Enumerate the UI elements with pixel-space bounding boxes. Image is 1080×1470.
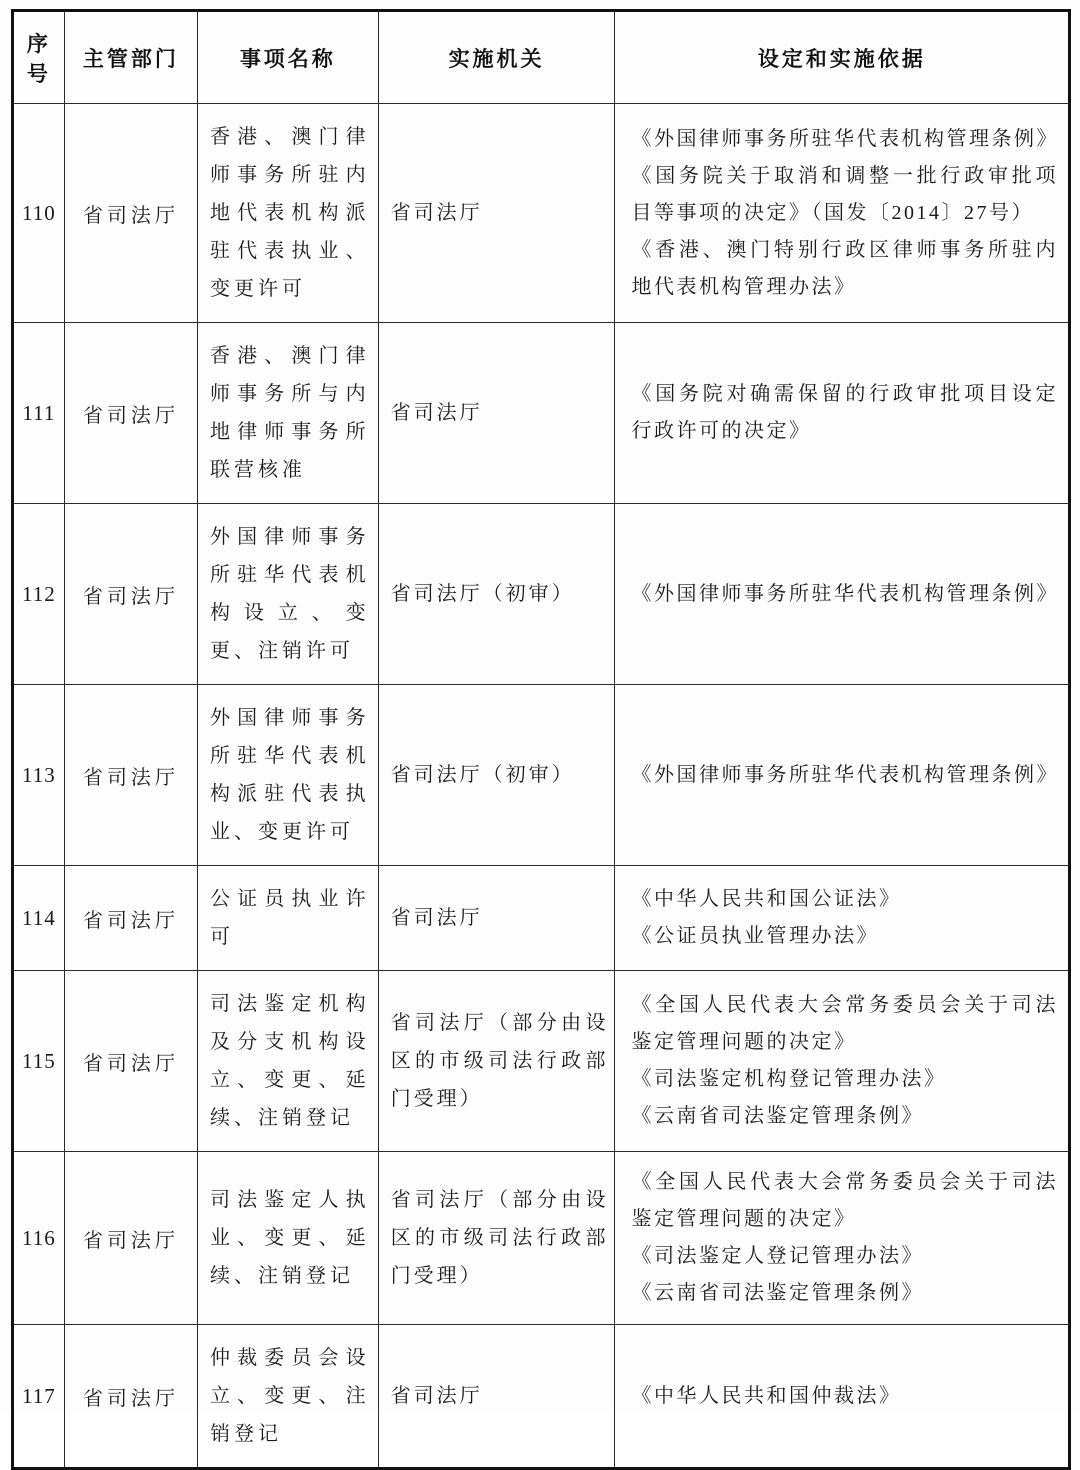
table-row: 113 省司法厅 外国律师事务所驻华代表机构派驻代表执业、变更许可 省司法厅（初… — [13, 685, 1070, 866]
basis-entry: 《中华人民共和国仲裁法》 — [631, 1378, 1058, 1415]
basis-entry: 《国务院关于取消和调整一批行政审批项目等事项的决定》（国发〔2014〕27号） — [631, 158, 1058, 232]
basis-entry: 《外国律师事务所驻华代表机构管理条例》 — [631, 757, 1058, 794]
legal-basis-cell: 《中华人民共和国公证法》《公证员执业管理办法》 — [615, 866, 1070, 971]
header-serial-number: 序号 — [13, 11, 65, 104]
basis-entry: 《外国律师事务所驻华代表机构管理条例》 — [631, 576, 1058, 613]
table-header: 序号 主管部门 事项名称 实施机关 设定和实施依据 — [13, 11, 1070, 104]
serial-number-cell: 113 — [13, 685, 65, 866]
item-name-cell: 外国律师事务所驻华代表机构派驻代表执业、变更许可 — [197, 685, 378, 866]
legal-basis-cell: 《国务院对确需保留的行政审批项目设定行政许可的决定》 — [615, 323, 1070, 504]
competent-department-cell: 省司法厅 — [64, 323, 197, 504]
header-implementing-agency: 实施机关 — [378, 11, 615, 104]
serial-number-cell: 112 — [13, 504, 65, 685]
basis-entry: 《云南省司法鉴定管理条例》 — [631, 1275, 1058, 1312]
basis-entry: 《全国人民代表大会常务委员会关于司法鉴定管理问题的决定》 — [631, 987, 1058, 1061]
item-name-cell: 司法鉴定机构及分支机构设立、变更、延续、注销登记 — [197, 971, 378, 1152]
competent-department-cell: 省司法厅 — [64, 1152, 197, 1325]
serial-number-cell: 111 — [13, 323, 65, 504]
basis-entry: 《云南省司法鉴定管理条例》 — [631, 1098, 1058, 1135]
table-row: 115 省司法厅 司法鉴定机构及分支机构设立、变更、延续、注销登记 省司法厅（部… — [13, 971, 1070, 1152]
item-name-cell: 仲裁委员会设立、变更、注销登记 — [197, 1325, 378, 1469]
implementing-agency-cell: 省司法厅（部分由设区的市级司法行政部门受理） — [378, 971, 615, 1152]
table-row: 114 省司法厅 公证员执业许可 省司法厅 《中华人民共和国公证法》《公证员执业… — [13, 866, 1070, 971]
implementing-agency-cell: 省司法厅 — [378, 1325, 615, 1469]
header-competent-department: 主管部门 — [64, 11, 197, 104]
table-row: 110 省司法厅 香港、澳门律师事务所驻内地代表机构派驻代表执业、变更许可 省司… — [13, 104, 1070, 323]
basis-entry: 《香港、澳门特别行政区律师事务所驻内地代表机构管理办法》 — [631, 232, 1058, 306]
legal-basis-cell: 《全国人民代表大会常务委员会关于司法鉴定管理问题的决定》《司法鉴定机构登记管理办… — [615, 971, 1070, 1152]
implementing-agency-cell: 省司法厅 — [378, 104, 615, 323]
implementing-agency-cell: 省司法厅 — [378, 323, 615, 504]
approval-items-table: 序号 主管部门 事项名称 实施机关 设定和实施依据 110 省司法厅 香港、澳门… — [11, 9, 1071, 1470]
competent-department-cell: 省司法厅 — [64, 104, 197, 323]
basis-entry: 《全国人民代表大会常务委员会关于司法鉴定管理问题的决定》 — [631, 1164, 1058, 1238]
item-name-cell: 香港、澳门律师事务所与内地律师事务所联营核准 — [197, 323, 378, 504]
legal-basis-cell: 《外国律师事务所驻华代表机构管理条例》《国务院关于取消和调整一批行政审批项目等事… — [615, 104, 1070, 323]
table-row: 116 省司法厅 司法鉴定人执业、变更、延续、注销登记 省司法厅（部分由设区的市… — [13, 1152, 1070, 1325]
implementing-agency-cell: 省司法厅（部分由设区的市级司法行政部门受理） — [378, 1152, 615, 1325]
item-name-cell: 香港、澳门律师事务所驻内地代表机构派驻代表执业、变更许可 — [197, 104, 378, 323]
competent-department-cell: 省司法厅 — [64, 1325, 197, 1469]
serial-number-cell: 116 — [13, 1152, 65, 1325]
competent-department-cell: 省司法厅 — [64, 866, 197, 971]
table-row: 112 省司法厅 外国律师事务所驻华代表机构设立、变更、注销许可 省司法厅（初审… — [13, 504, 1070, 685]
basis-entry: 《司法鉴定机构登记管理办法》 — [631, 1061, 1058, 1098]
competent-department-cell: 省司法厅 — [64, 504, 197, 685]
item-name-cell: 外国律师事务所驻华代表机构设立、变更、注销许可 — [197, 504, 378, 685]
legal-basis-cell: 《全国人民代表大会常务委员会关于司法鉴定管理问题的决定》《司法鉴定人登记管理办法… — [615, 1152, 1070, 1325]
serial-number-cell: 117 — [13, 1325, 65, 1469]
basis-entry: 《司法鉴定人登记管理办法》 — [631, 1238, 1058, 1275]
serial-number-cell: 110 — [13, 104, 65, 323]
basis-entry: 《国务院对确需保留的行政审批项目设定行政许可的决定》 — [631, 376, 1058, 450]
header-item-name: 事项名称 — [197, 11, 378, 104]
legal-basis-cell: 《中华人民共和国仲裁法》 — [615, 1325, 1070, 1469]
competent-department-cell: 省司法厅 — [64, 971, 197, 1152]
item-name-cell: 公证员执业许可 — [197, 866, 378, 971]
implementing-agency-cell: 省司法厅（初审） — [378, 504, 615, 685]
basis-entry: 《中华人民共和国公证法》 — [631, 881, 1058, 918]
serial-number-cell: 115 — [13, 971, 65, 1152]
implementing-agency-cell: 省司法厅（初审） — [378, 685, 615, 866]
item-name-cell: 司法鉴定人执业、变更、延续、注销登记 — [197, 1152, 378, 1325]
header-legal-basis: 设定和实施依据 — [615, 11, 1070, 104]
basis-entry: 《公证员执业管理办法》 — [631, 918, 1058, 955]
header-row: 序号 主管部门 事项名称 实施机关 设定和实施依据 — [13, 11, 1070, 104]
table-body: 110 省司法厅 香港、澳门律师事务所驻内地代表机构派驻代表执业、变更许可 省司… — [13, 104, 1070, 1469]
implementing-agency-cell: 省司法厅 — [378, 866, 615, 971]
competent-department-cell: 省司法厅 — [64, 685, 197, 866]
table-row: 117 省司法厅 仲裁委员会设立、变更、注销登记 省司法厅 《中华人民共和国仲裁… — [13, 1325, 1070, 1469]
document-page: 序号 主管部门 事项名称 实施机关 设定和实施依据 110 省司法厅 香港、澳门… — [0, 0, 1080, 1411]
legal-basis-cell: 《外国律师事务所驻华代表机构管理条例》 — [615, 685, 1070, 866]
serial-number-cell: 114 — [13, 866, 65, 971]
table-row: 111 省司法厅 香港、澳门律师事务所与内地律师事务所联营核准 省司法厅 《国务… — [13, 323, 1070, 504]
basis-entry: 《外国律师事务所驻华代表机构管理条例》 — [631, 121, 1058, 158]
legal-basis-cell: 《外国律师事务所驻华代表机构管理条例》 — [615, 504, 1070, 685]
